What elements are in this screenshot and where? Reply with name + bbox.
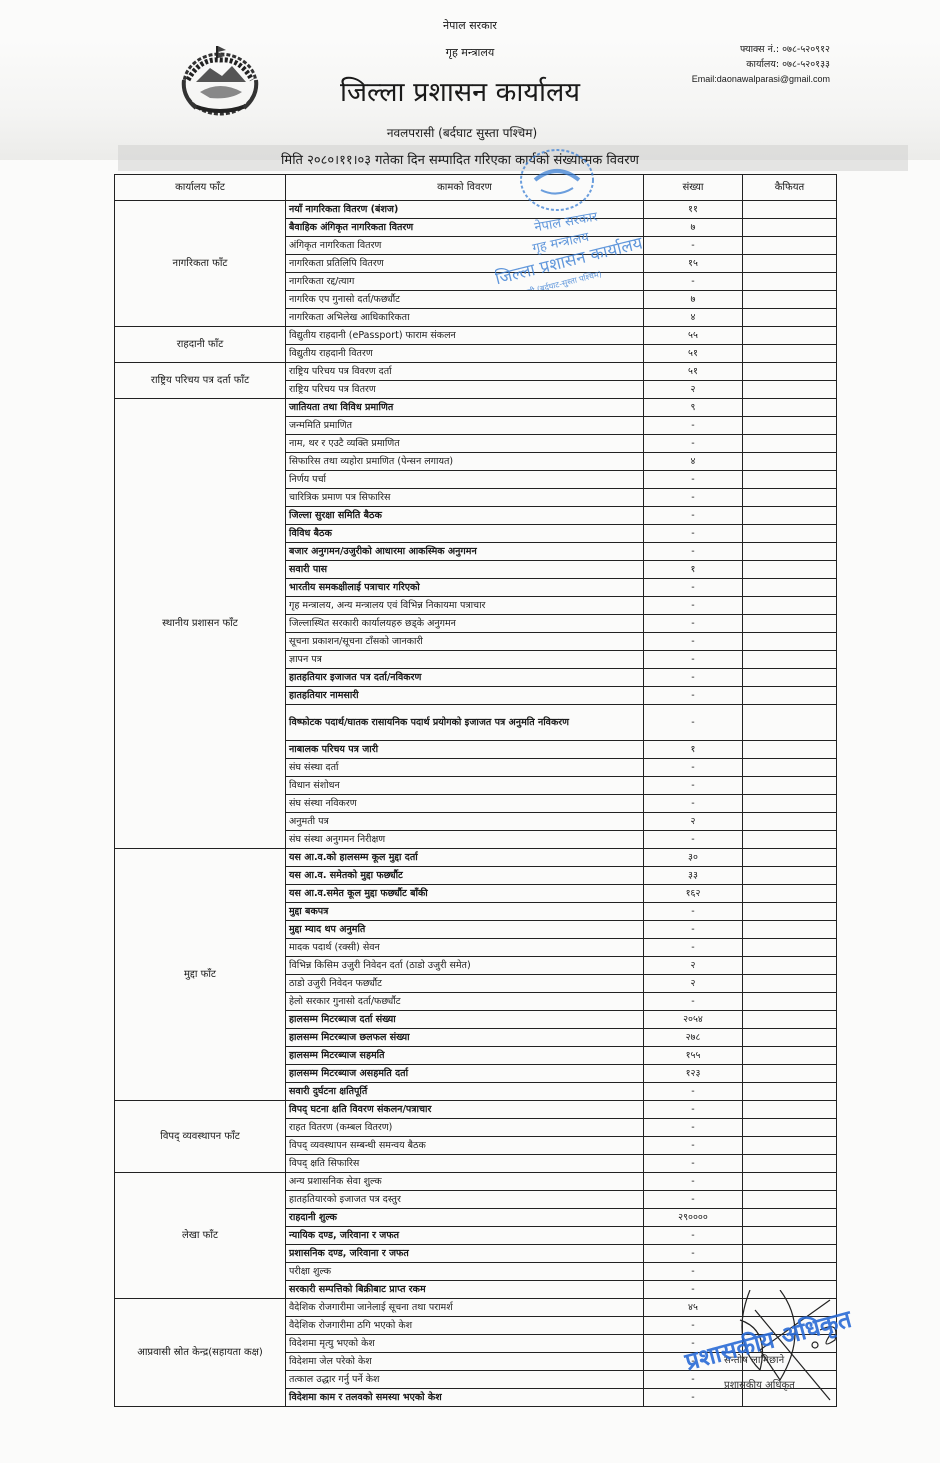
column-header-section: कार्यालय फाँट [115, 175, 286, 201]
task-description: जन्ममिति प्रमाणित [286, 417, 644, 435]
task-remarks [743, 885, 837, 903]
task-description: विदेशमा मृत्यु भएको केश [286, 1335, 644, 1353]
task-description: संघ संस्था अनुगमन निरीक्षण [286, 831, 644, 849]
task-count: - [644, 507, 743, 525]
task-description: संघ संस्था नविकरण [286, 795, 644, 813]
task-description: निर्णय पर्चा [286, 471, 644, 489]
task-remarks [743, 381, 837, 399]
task-description: विपद् घटना क्षति विवरण संकलन/पत्राचार [286, 1101, 644, 1119]
task-remarks [743, 237, 837, 255]
task-count: ३३ [644, 867, 743, 885]
task-remarks [743, 399, 837, 417]
table-row: आप्रवासी स्रोत केन्द्र(सहायता कक्ष)वैदेश… [115, 1299, 837, 1317]
task-description: तत्काल उद्धार गर्नु पर्ने केश [286, 1371, 644, 1389]
task-remarks [743, 579, 837, 597]
task-count: २९०००० [644, 1209, 743, 1227]
task-description: जातियता तथा विविध प्रमाणित [286, 399, 644, 417]
task-count: - [644, 1317, 743, 1335]
task-description: विपद् व्यवस्थापन सम्बन्धी समन्वय बैठक [286, 1137, 644, 1155]
task-remarks [743, 651, 837, 669]
task-remarks [743, 1047, 837, 1065]
task-count: - [644, 1119, 743, 1137]
task-count: - [644, 1083, 743, 1101]
task-count: - [644, 1245, 743, 1263]
task-count: ७ [644, 291, 743, 309]
task-count: - [644, 777, 743, 795]
task-remarks [743, 597, 837, 615]
task-remarks [743, 417, 837, 435]
task-description: सवारी दुर्घटना क्षतिपूर्ति [286, 1083, 644, 1101]
task-description: विपद् क्षति सिफारिस [286, 1155, 644, 1173]
task-remarks [743, 633, 837, 651]
email-address[interactable]: Email:daonawalparasi@gmail.com [692, 72, 830, 87]
task-remarks [743, 273, 837, 291]
task-description: राहत वितरण (कम्बल वितरण) [286, 1119, 644, 1137]
table-row: राष्ट्रिय परिचय पत्र दर्ता फाँटराष्ट्रिय… [115, 363, 837, 381]
table-body: नागरिकता फाँटनयाँ नागरिकता वितरण (बंशज)१… [115, 201, 837, 1407]
task-description: मुद्दा बकपत्र [286, 903, 644, 921]
task-description: राहदानी शुल्क [286, 1209, 644, 1227]
task-count: - [644, 993, 743, 1011]
task-remarks [743, 795, 837, 813]
task-description: नाबालक परिचय पत्र जारी [286, 741, 644, 759]
task-remarks [743, 1281, 837, 1299]
contact-info: फ्याक्स नं.: ०७८-५२०९१२ कार्यालय: ०७८-५२… [692, 42, 830, 87]
task-description: सिफारिस तथा व्यहोरा प्रमाणित (पेन्सन लगा… [286, 453, 644, 471]
task-remarks [743, 1029, 837, 1047]
task-remarks [743, 543, 837, 561]
task-description: हालसम्म मिटरब्याज छलफल संख्या [286, 1029, 644, 1047]
task-remarks [743, 1155, 837, 1173]
task-count: ३० [644, 849, 743, 867]
column-header-count: संख्या [644, 175, 743, 201]
task-description: विदेशमा काम र तलवको समस्या भएको केश [286, 1389, 644, 1407]
office-location: नवलपरासी (बर्दघाट सुस्ता पश्चिम) [0, 124, 932, 141]
task-count: ५१ [644, 363, 743, 381]
task-count: - [644, 435, 743, 453]
task-description: हातहतियारको इजाजत पत्र दस्तुर [286, 1191, 644, 1209]
column-header-description: कामको विवरण [286, 175, 644, 201]
task-remarks [743, 939, 837, 957]
task-description: अन्य प्रशासनिक सेवा शुल्क [286, 1173, 644, 1191]
task-description: विद्युतीय राहदानी वितरण [286, 345, 644, 363]
task-remarks [743, 201, 837, 219]
task-remarks [743, 1137, 837, 1155]
section-name: आप्रवासी स्रोत केन्द्र(सहायता कक्ष) [115, 1299, 286, 1407]
table-header-row: कार्यालय फाँट कामको विवरण संख्या कैफियत [115, 175, 837, 201]
task-count: - [644, 903, 743, 921]
task-remarks [743, 921, 837, 939]
task-remarks [743, 993, 837, 1011]
task-count: - [644, 1101, 743, 1119]
task-description: मादक पदार्थ (रक्सी) सेवन [286, 939, 644, 957]
task-remarks [743, 219, 837, 237]
task-remarks [743, 291, 837, 309]
task-count: २ [644, 957, 743, 975]
task-remarks [743, 831, 837, 849]
task-description: जिल्ला सुरक्षा समिति बैठक [286, 507, 644, 525]
task-remarks [743, 813, 837, 831]
table-row: स्थानीय प्रशासन फाँटजातियता तथा विविध प्… [115, 399, 837, 417]
task-count: - [644, 1191, 743, 1209]
task-description: गृह मन्त्रालय, अन्य मन्त्रालय एवं विभिन्… [286, 597, 644, 615]
task-remarks [743, 1299, 837, 1317]
task-count: - [644, 1227, 743, 1245]
activity-table: कार्यालय फाँट कामको विवरण संख्या कैफियत … [114, 174, 837, 1407]
task-description: विविध बैठक [286, 525, 644, 543]
task-count: - [644, 759, 743, 777]
task-count: ४ [644, 309, 743, 327]
section-name: राष्ट्रिय परिचय पत्र दर्ता फाँट [115, 363, 286, 399]
task-count: - [644, 831, 743, 849]
task-count: १५ [644, 255, 743, 273]
task-description: हालसम्म मिटरब्याज दर्ता संख्या [286, 1011, 644, 1029]
task-count: ४५ [644, 1299, 743, 1317]
task-description: हातहतियार इजाजत पत्र दर्ता/नविकरण [286, 669, 644, 687]
task-description: विधान संशोधन [286, 777, 644, 795]
task-remarks [743, 957, 837, 975]
task-remarks [743, 741, 837, 759]
task-description: ठाडो उजुरी निवेदन फर्छ्यौट [286, 975, 644, 993]
task-description: नयाँ नागरिकता वितरण (बंशज) [286, 201, 644, 219]
task-count: २ [644, 975, 743, 993]
task-description: जिल्लास्थित सरकारी कार्यालयहरु छड्के अनु… [286, 615, 644, 633]
task-description: सरकारी सम्पत्तिको बिक्रीबाट प्राप्त रकम [286, 1281, 644, 1299]
task-remarks [743, 975, 837, 993]
task-description: वैदेशिक रोजगारीमा जानेलाई सूचना तथा पराम… [286, 1299, 644, 1317]
task-count: १ [644, 561, 743, 579]
task-remarks [743, 1389, 837, 1407]
task-count: - [644, 1137, 743, 1155]
task-description: विभिन्न किसिम उजुरी निवेदन दर्ता (ठाडो उ… [286, 957, 644, 975]
task-remarks [743, 1083, 837, 1101]
task-remarks [743, 363, 837, 381]
task-count: - [644, 615, 743, 633]
task-count: १६२ [644, 885, 743, 903]
task-description: बैवाहिक अंगिकृत नागरिकता वितरण [286, 219, 644, 237]
task-count: - [644, 543, 743, 561]
task-remarks [743, 255, 837, 273]
task-count: - [644, 1155, 743, 1173]
task-remarks [743, 453, 837, 471]
task-count: - [644, 651, 743, 669]
task-description: नाम, थर र एउटै व्यक्ति प्रमाणित [286, 435, 644, 453]
task-count: ७ [644, 219, 743, 237]
task-remarks [743, 435, 837, 453]
section-name: स्थानीय प्रशासन फाँट [115, 399, 286, 849]
task-remarks [743, 1065, 837, 1083]
task-description: राष्ट्रिय परिचय पत्र विवरण दर्ता [286, 363, 644, 381]
task-count: - [644, 1335, 743, 1353]
task-count: ५१ [644, 345, 743, 363]
table-row: राहदानी फाँटविद्युतीय राहदानी (ePassport… [115, 327, 837, 345]
task-count: - [644, 921, 743, 939]
signatory-designation: प्रशासकीय अधिकृत [724, 1377, 795, 1391]
government-name: नेपाल सरकार [0, 18, 940, 33]
task-count: २ [644, 381, 743, 399]
task-count: - [644, 705, 743, 741]
office-phone: कार्यालय: ०७८-५२०१३३ [692, 57, 830, 72]
task-description: हालसम्म मिटरब्याज सहमति [286, 1047, 644, 1065]
task-remarks [743, 669, 837, 687]
task-description: मुद्दा म्याद थप अनुमति [286, 921, 644, 939]
task-remarks [743, 1245, 837, 1263]
task-count: - [644, 633, 743, 651]
task-remarks [743, 903, 837, 921]
task-description: न्यायिक दण्ड, जरिवाना र जफत [286, 1227, 644, 1245]
task-description: नागरिकता प्रतिलिपि वितरण [286, 255, 644, 273]
section-name: लेखा फाँट [115, 1173, 286, 1299]
task-description: हालसम्म मिटरब्याज असहमति दर्ता [286, 1065, 644, 1083]
task-count: - [644, 1263, 743, 1281]
task-description: हेलो सरकार गुनासो दर्ता/फर्छ्यौट [286, 993, 644, 1011]
task-remarks [743, 1191, 837, 1209]
task-remarks [743, 471, 837, 489]
section-name: विपद् व्यवस्थापन फाँट [115, 1101, 286, 1173]
table-row: विपद् व्यवस्थापन फाँटविपद् घटना क्षति वि… [115, 1101, 837, 1119]
column-header-remarks: कैफियत [743, 175, 837, 201]
task-description: हातहतियार नामसारी [286, 687, 644, 705]
task-count: ५५ [644, 327, 743, 345]
task-remarks [743, 1227, 837, 1245]
task-remarks [743, 1335, 837, 1353]
task-remarks [743, 525, 837, 543]
task-remarks [743, 687, 837, 705]
table-row: लेखा फाँटअन्य प्रशासनिक सेवा शुल्क- [115, 1173, 837, 1191]
task-description: संघ संस्था दर्ता [286, 759, 644, 777]
task-count: १२३ [644, 1065, 743, 1083]
task-count: - [644, 597, 743, 615]
task-remarks [743, 705, 837, 741]
task-description: यस आ.व.को हालसम्म कूल मुद्दा दर्ता [286, 849, 644, 867]
task-description: नागरिकता रद्द/त्याग [286, 273, 644, 291]
task-remarks [743, 1173, 837, 1191]
task-count: २०५४ [644, 1011, 743, 1029]
signatory-name: सन्तोष लामिछाने [724, 1352, 784, 1366]
task-remarks [743, 489, 837, 507]
task-remarks [743, 1317, 837, 1335]
task-remarks [743, 1011, 837, 1029]
task-description: ज्ञापन पत्र [286, 651, 644, 669]
task-remarks [743, 1119, 837, 1137]
task-description: सूचना प्रकाशन/सूचना टाँसको जानकारी [286, 633, 644, 651]
task-description: यस आ.व.समेत कूल मुद्दा फर्छ्यौट बाँकी [286, 885, 644, 903]
task-count: - [644, 417, 743, 435]
task-remarks [743, 507, 837, 525]
task-remarks [743, 759, 837, 777]
task-description: परीक्षा शुल्क [286, 1263, 644, 1281]
task-description: विद्युतीय राहदानी (ePassport) फाराम संकल… [286, 327, 644, 345]
task-description: विष्फोटक पदार्थ/घातक रासायनिक पदार्थ प्र… [286, 705, 644, 741]
task-remarks [743, 327, 837, 345]
task-count: ११ [644, 201, 743, 219]
task-description: बजार अनुगमन/उजुरीको आधारमा आकस्मिक अनुगम… [286, 543, 644, 561]
task-description: नागरिक एप गुनासो दर्ता/फर्छ्यौट [286, 291, 644, 309]
task-description: यस आ.व. समेतको मुद्दा फर्छ्यौट [286, 867, 644, 885]
task-count: - [644, 237, 743, 255]
task-remarks [743, 615, 837, 633]
task-count: १ [644, 741, 743, 759]
task-description: चारित्रिक प्रमाण पत्र सिफारिस [286, 489, 644, 507]
section-name: मुद्दा फाँट [115, 849, 286, 1101]
table-row: मुद्दा फाँटयस आ.व.को हालसम्म कूल मुद्दा … [115, 849, 837, 867]
task-count: - [644, 471, 743, 489]
task-description: विदेशमा जेल परेको केश [286, 1353, 644, 1371]
task-count: २ [644, 813, 743, 831]
section-name: राहदानी फाँट [115, 327, 286, 363]
task-remarks [743, 777, 837, 795]
task-count: - [644, 1173, 743, 1191]
task-count: - [644, 939, 743, 957]
task-description: प्रशासनिक दण्ड, जरिवाना र जफत [286, 1245, 644, 1263]
task-count: - [644, 795, 743, 813]
task-remarks [743, 1101, 837, 1119]
task-remarks [743, 1209, 837, 1227]
task-count: - [644, 1281, 743, 1299]
task-remarks [743, 345, 837, 363]
task-count: - [644, 687, 743, 705]
task-description: वैदेशिक रोजगारीमा ठगि भएको केश [286, 1317, 644, 1335]
task-description: राष्ट्रिय परिचय पत्र वितरण [286, 381, 644, 399]
task-remarks [743, 1263, 837, 1281]
task-count: - [644, 669, 743, 687]
task-count: - [644, 489, 743, 507]
task-remarks [743, 309, 837, 327]
task-description: नागरिकता अभिलेख आधिकारिकता [286, 309, 644, 327]
task-count: - [644, 525, 743, 543]
report-title: मिति २०८०।११।०३ गतेका दिन सम्पादित गरिएक… [0, 150, 930, 168]
task-count: २७८ [644, 1029, 743, 1047]
task-description: भारतीय समकक्षीलाई पत्राचार गरिएको [286, 579, 644, 597]
task-count: ४ [644, 453, 743, 471]
fax-number: फ्याक्स नं.: ०७८-५२०९१२ [692, 42, 830, 57]
task-count: १५५ [644, 1047, 743, 1065]
task-description: अनुमती पत्र [286, 813, 644, 831]
task-remarks [743, 561, 837, 579]
table-row: नागरिकता फाँटनयाँ नागरिकता वितरण (बंशज)१… [115, 201, 837, 219]
task-description: अंगिकृत नागरिकता वितरण [286, 237, 644, 255]
task-count: - [644, 579, 743, 597]
task-remarks [743, 867, 837, 885]
task-remarks [743, 849, 837, 867]
task-count: - [644, 1389, 743, 1407]
task-count: ९ [644, 399, 743, 417]
task-count: - [644, 273, 743, 291]
task-description: सवारी पास [286, 561, 644, 579]
section-name: नागरिकता फाँट [115, 201, 286, 327]
